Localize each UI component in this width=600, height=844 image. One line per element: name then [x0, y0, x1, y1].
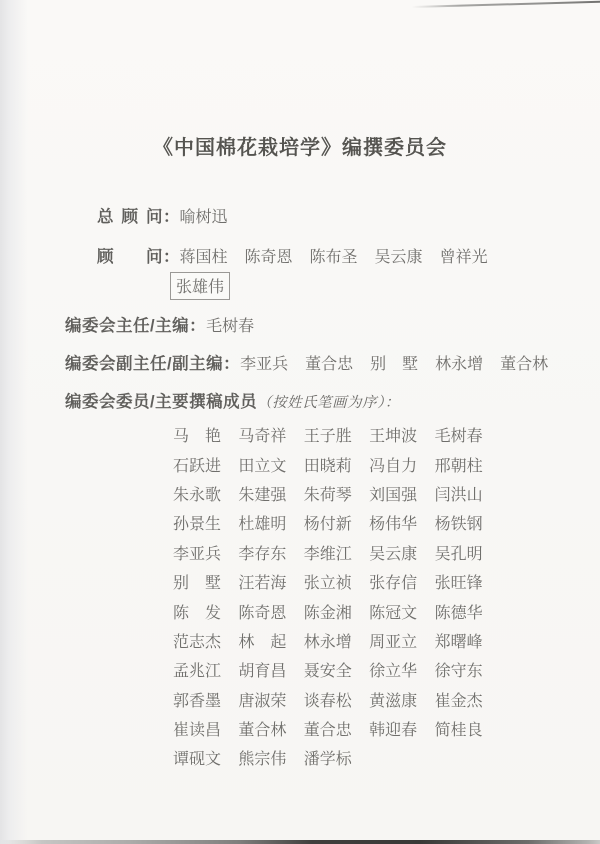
- member-name: 毛树春: [435, 420, 500, 449]
- member-name: 徐守东: [435, 655, 500, 684]
- page-title: 《中国棉花栽培学》编撰委员会: [0, 131, 600, 160]
- member-name: 吴孔明: [435, 538, 500, 567]
- person-name: 陈奇恩: [245, 249, 293, 266]
- member-name: 朱永歌: [173, 479, 238, 508]
- person-name: 董合林: [500, 356, 548, 373]
- member-name: 邢朝柱: [435, 449, 500, 478]
- director-line: 编委会主任/主编：毛树春: [65, 312, 254, 336]
- member-name: 简桂良: [435, 714, 500, 743]
- member-name: 张立祯: [304, 567, 369, 596]
- member-name: 汪若海: [238, 567, 303, 596]
- members-label: 编委会委员/主要撰稿成员: [65, 393, 257, 411]
- members-name-grid: 马 艳马奇祥王子胜王坤波毛树春石跃进田立文田晓莉冯自力邢朝柱朱永歌朱建强朱荷琴刘…: [173, 420, 500, 773]
- chief-advisor-line: 总顾问：喻树迅: [97, 203, 228, 227]
- person-name: 曾祥光: [440, 249, 488, 266]
- director-name: 毛树春: [206, 318, 254, 335]
- member-name: 杨伟华: [369, 508, 434, 537]
- member-name: 崔读昌: [173, 714, 238, 743]
- member-name: 谈春松: [304, 685, 369, 714]
- chief-advisor-label: 总顾问: [97, 203, 163, 227]
- deputy-directors-name-list: 李亚兵董合忠别 墅林永增董合林: [240, 356, 548, 373]
- advisors-line: 顾问：蒋国柱陈奇恩陈布圣吴云康曾祥光: [97, 243, 488, 267]
- members-sort-note: （按姓氏笔画为序）：: [257, 395, 400, 411]
- person-name: 林永增: [435, 356, 483, 373]
- member-name: 陈 发: [173, 596, 238, 625]
- member-name: 张存信: [369, 567, 434, 596]
- member-name: 林 起: [238, 626, 303, 655]
- advisors-label: 顾问: [97, 243, 163, 267]
- member-name: 董合林: [238, 714, 303, 743]
- member-name: 唐淑荣: [238, 685, 303, 714]
- scan-bottom-edge-line: [0, 840, 600, 844]
- director-label: 编委会主任/主编：: [65, 317, 206, 335]
- member-name: 陈奇恩: [238, 596, 303, 625]
- member-name: 别 墅: [173, 567, 238, 596]
- deputy-directors-label: 编委会副主任/副主编：: [65, 355, 240, 373]
- member-name: 谭砚文: [173, 743, 238, 772]
- scan-left-shadow: [0, 0, 28, 844]
- member-name: 徐立华: [369, 655, 434, 684]
- member-name: 陈冠文: [369, 596, 434, 625]
- member-name: 杨付新: [304, 508, 369, 537]
- scanned-book-page: 《中国棉花栽培学》编撰委员会 总顾问：喻树迅 顾问：蒋国柱陈奇恩陈布圣吴云康曾祥…: [0, 0, 600, 844]
- person-name: 别 墅: [370, 356, 418, 373]
- person-name: 吴云康: [375, 249, 423, 266]
- member-name: 冯自力: [369, 449, 434, 478]
- member-name: 李维江: [304, 538, 369, 567]
- member-name: 韩迎春: [369, 714, 434, 743]
- member-name: 李亚兵: [173, 538, 238, 567]
- member-name: 周亚立: [369, 626, 434, 655]
- member-name: 郭香墨: [173, 685, 238, 714]
- member-name: 崔金杰: [435, 685, 500, 714]
- member-name: 田晓莉: [304, 449, 369, 478]
- member-name: 闫洪山: [435, 479, 500, 508]
- deputy-directors-line: 编委会副主任/副主编：李亚兵董合忠别 墅林永增董合林: [65, 350, 548, 374]
- member-name: 黄滋康: [369, 685, 434, 714]
- member-name: 杨铁钢: [435, 508, 500, 537]
- advisors-colon: ：: [163, 248, 180, 266]
- member-name: 王子胜: [304, 420, 369, 449]
- member-name: 陈德华: [435, 596, 500, 625]
- chief-advisor-colon: ：: [163, 208, 180, 226]
- member-name: 王坤波: [369, 420, 434, 449]
- member-name: 杜雄明: [238, 508, 303, 537]
- person-name: 董合忠: [305, 356, 353, 373]
- member-name: 朱荷琴: [304, 479, 369, 508]
- person-name: 李亚兵: [240, 356, 288, 373]
- member-name: 胡育昌: [238, 655, 303, 684]
- member-name: 张旺锋: [435, 567, 500, 596]
- member-name: 聂安全: [304, 655, 369, 684]
- member-name: 熊宗伟: [238, 743, 303, 772]
- member-name: 石跃进: [173, 449, 238, 478]
- member-name: 孙景生: [173, 508, 238, 537]
- member-name: 朱建强: [238, 479, 303, 508]
- member-name: 范志杰: [173, 626, 238, 655]
- member-name: 马奇祥: [238, 420, 303, 449]
- member-name: 郑曙峰: [435, 626, 500, 655]
- advisors-name-list: 蒋国柱陈奇恩陈布圣吴云康曾祥光: [180, 249, 488, 266]
- deceased-advisor-name-box: 张雄伟: [170, 272, 230, 300]
- chief-advisor-name: 喻树迅: [180, 209, 228, 226]
- member-name: 陈金湘: [304, 596, 369, 625]
- member-name: 刘国强: [369, 479, 434, 508]
- members-heading-line: 编委会委员/主要撰稿成员（按姓氏笔画为序）：: [65, 388, 400, 412]
- person-name: 蒋国柱: [180, 249, 228, 266]
- member-name: 李存东: [238, 538, 303, 567]
- member-name: 孟兆江: [173, 655, 238, 684]
- member-name: 马 艳: [173, 420, 238, 449]
- member-name: 吴云康: [369, 538, 434, 567]
- scan-top-edge-line: [412, 1, 600, 8]
- member-name: 田立文: [238, 449, 303, 478]
- person-name: 陈布圣: [310, 249, 358, 266]
- member-name: 董合忠: [304, 714, 369, 743]
- member-name: 潘学标: [304, 743, 369, 772]
- member-name: 林永增: [304, 626, 369, 655]
